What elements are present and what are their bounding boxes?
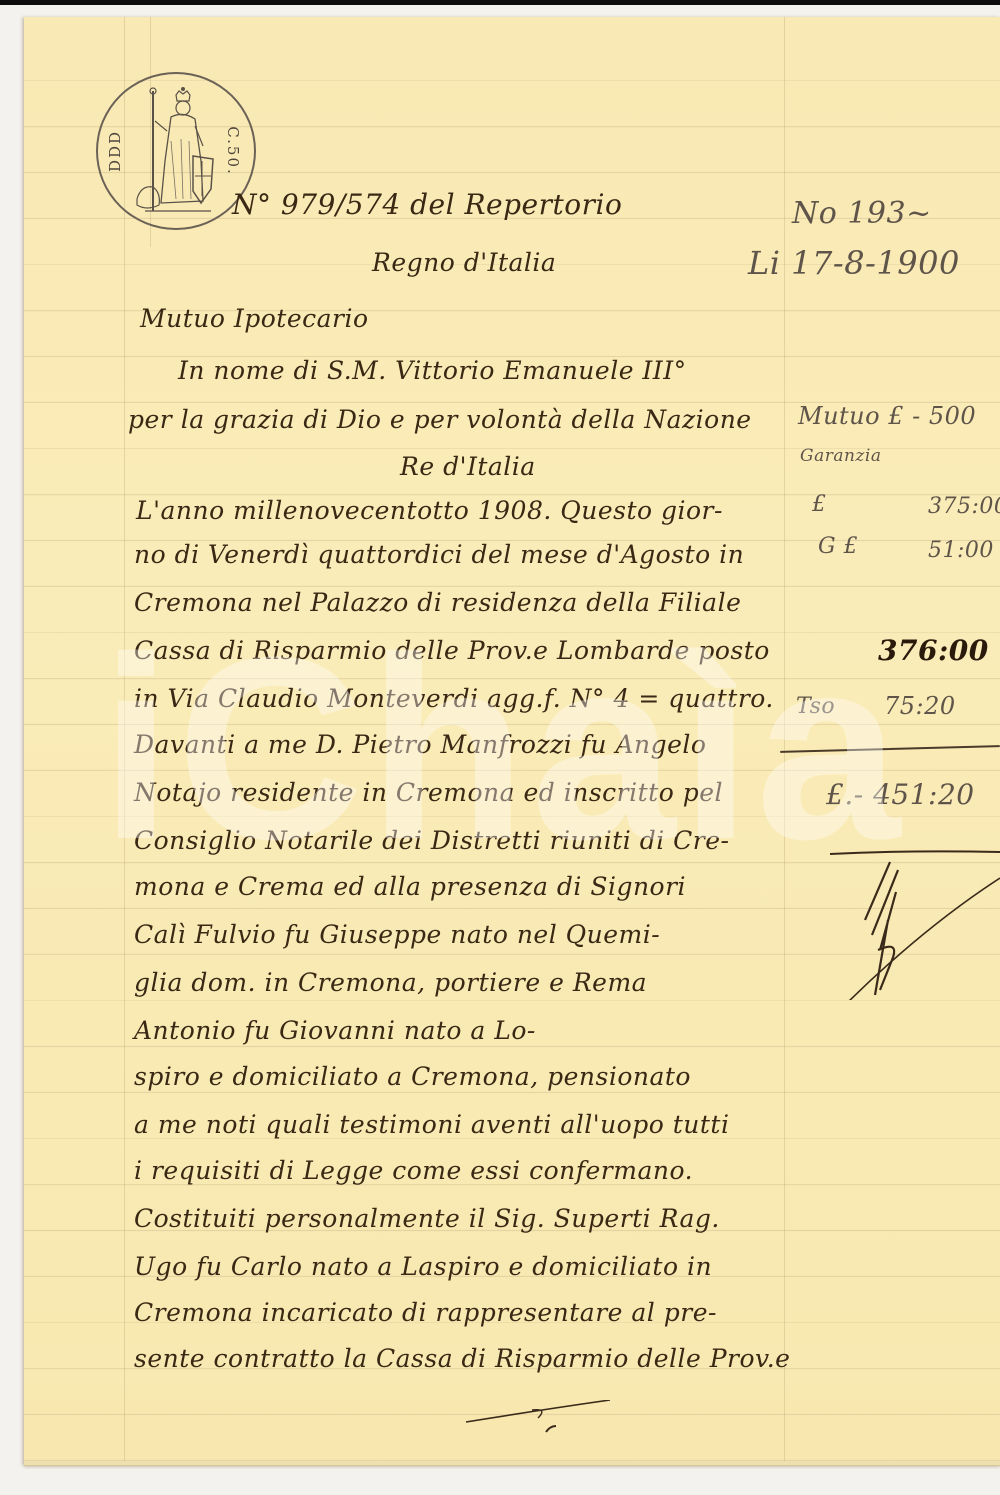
body-line: in Via Claudio Monteverdi agg.f. N° 4 = … — [134, 684, 774, 713]
margin-subtotal: 376:00 — [878, 634, 989, 667]
body-line: Costituiti personalmente il Sig. Superti… — [134, 1204, 720, 1233]
margin-line2-label: G £ — [818, 534, 858, 559]
left-margin-line — [124, 17, 125, 1465]
body-line: Calì Fulvio fu Giuseppe nato nel Quemi- — [134, 920, 660, 949]
body-line: Davanti a me D. Pietro Manfrozzi fu Ange… — [134, 730, 706, 759]
margin-garanzia-label: Garanzia — [800, 446, 881, 466]
body-line: Cremona nel Palazzo di residenza della F… — [134, 588, 741, 617]
scan-top-border — [0, 0, 1000, 5]
body-line: Ugo fu Carlo nato a Laspiro e domiciliat… — [134, 1252, 712, 1281]
body-line: glia dom. in Cremona, portiere e Rema — [134, 968, 647, 997]
deed-title: Mutuo Ipotecario — [140, 304, 369, 333]
body-line: mona e Crema ed alla presenza di Signori — [134, 872, 686, 901]
body-line: per la grazia di Dio e per volontà della… — [128, 405, 752, 434]
stamp-left-text: DDD — [106, 130, 124, 172]
body-line: In nome di S.M. Vittorio Emanuele III° — [178, 356, 687, 385]
kingdom-heading: Regno d'Italia — [372, 248, 556, 277]
right-margin-line — [784, 17, 785, 1465]
body-line: no di Venerdì quattordici del mese d'Ago… — [134, 540, 744, 569]
margin-total: £.- 451:20 — [826, 778, 975, 811]
margin-line2-value: 51:00 — [928, 538, 994, 563]
sheet-bottom-edge — [24, 1461, 1000, 1466]
closing-flourish-icon — [460, 1400, 620, 1440]
body-line: a me noti quali testimoni aventi all'uop… — [134, 1110, 729, 1139]
body-line: Consiglio Notarile dei Distretti riuniti… — [134, 826, 730, 855]
body-line: Cremona incaricato di rappresentare al p… — [134, 1298, 717, 1327]
body-line: Antonio fu Giovanni nato a Lo- — [134, 1016, 536, 1045]
registration-date: Li 17-8-1900 — [748, 244, 960, 282]
margin-tax-value: 75:20 — [884, 692, 956, 720]
body-line: sente contratto la Cassa di Risparmio de… — [134, 1344, 790, 1373]
body-line: i requisiti di Legge come essi conferman… — [134, 1156, 693, 1185]
margin-line1-label: £ — [812, 492, 827, 517]
body-line: spiro e domiciliato a Cremona, pensionat… — [134, 1062, 691, 1091]
margin-tax-label: Tso — [796, 694, 835, 719]
repertorio-number: N° 979/574 del Repertorio — [232, 188, 622, 221]
stamp-right-text: C.50. — [224, 126, 242, 176]
body-line: Notajo residente in Cremona ed inscritto… — [134, 778, 723, 807]
registration-number: No 193~ — [792, 196, 932, 231]
margin-mutuo-amount: Mutuo £ - 500 — [798, 402, 976, 430]
body-line: Re d'Italia — [400, 452, 536, 481]
margin-line1-value: 375:00 — [928, 494, 1000, 519]
body-line: L'anno millenovecentotto 1908. Questo gi… — [136, 496, 723, 525]
body-line: Cassa di Risparmio delle Prov.e Lombarde… — [134, 636, 770, 665]
signature-flourish-icon — [830, 850, 1000, 1000]
italia-turrita-figure-icon — [131, 81, 221, 221]
